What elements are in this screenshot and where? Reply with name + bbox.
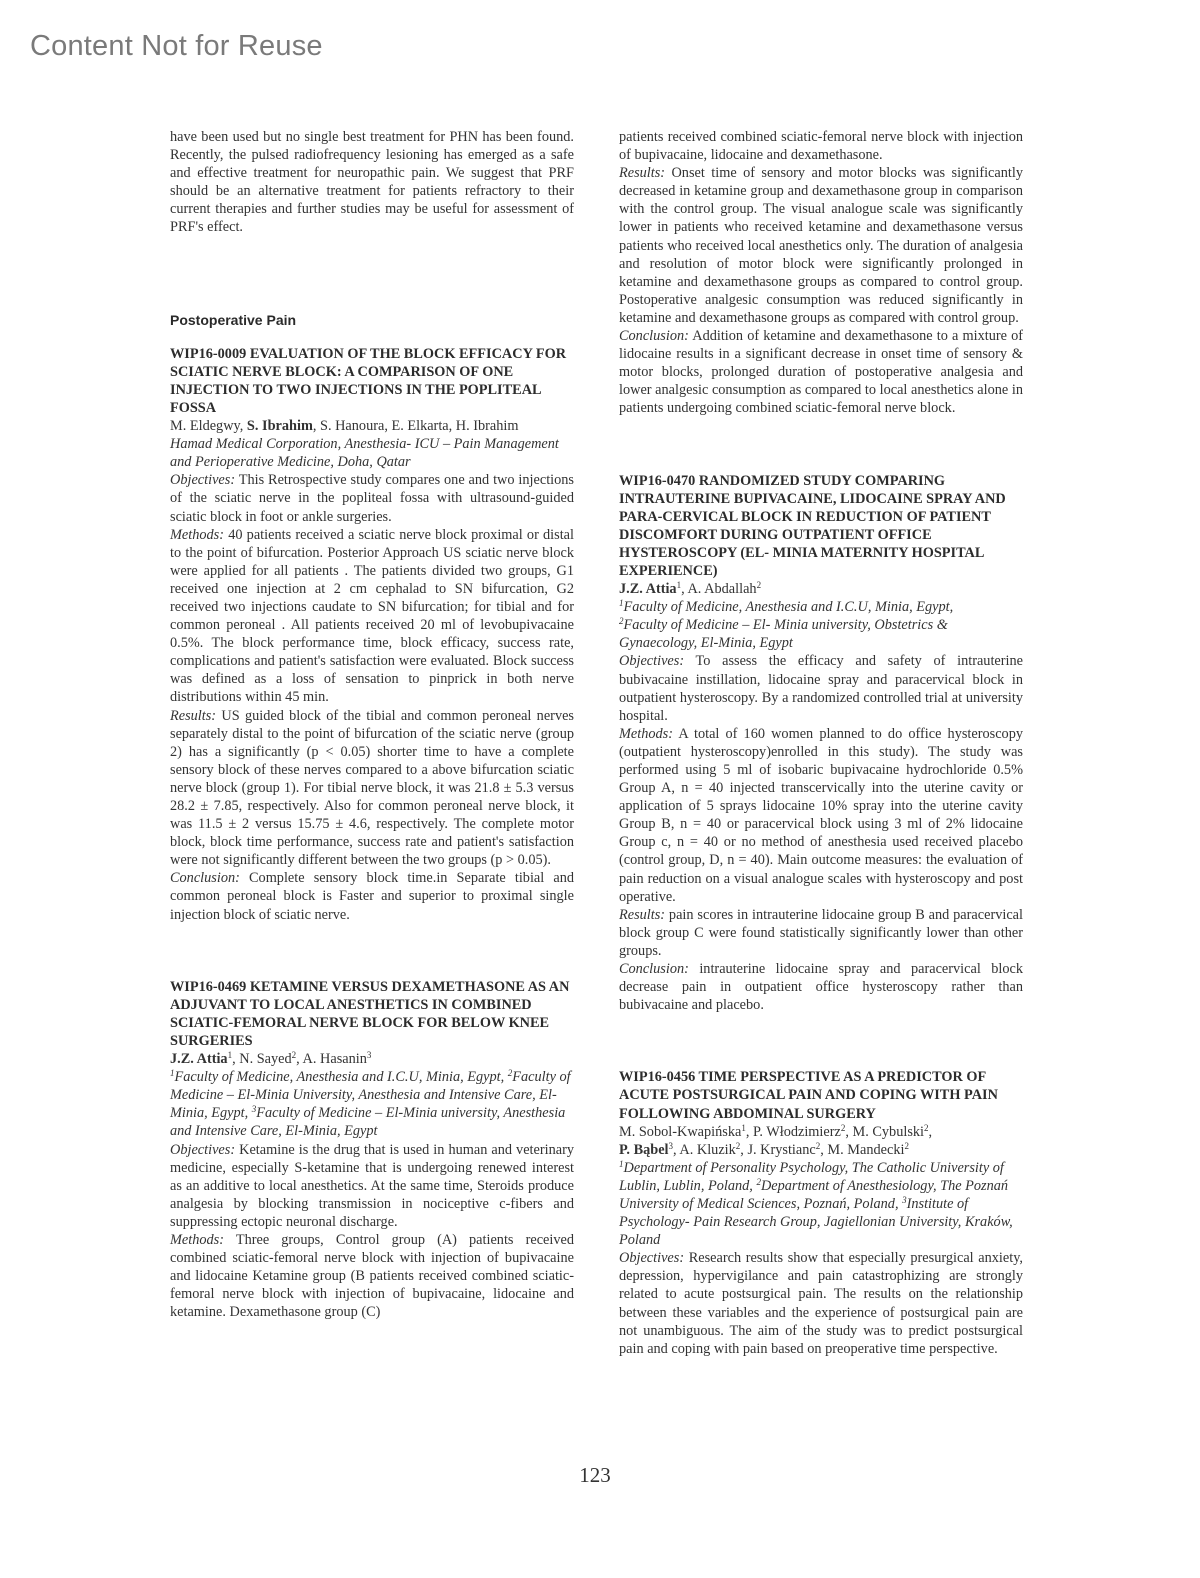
right-column: patients received combined sciatic-femor…: [619, 128, 1023, 1358]
abstract-objectives: Objectives: Ketamine is the drug that is…: [170, 1141, 574, 1231]
presenting-author: S. Ibrahim: [247, 418, 313, 434]
abstract-objectives: Objectives: To assess the efficacy and s…: [619, 652, 1023, 724]
abstract-authors: M. Sobol-Kwapińska1, P. Włodzimierz2, M.…: [619, 1123, 1023, 1159]
abstract-conclusion: Conclusion: Addition of ketamine and dex…: [619, 327, 1023, 417]
abstract-title: WIP16-0470 RANDOMIZED STUDY COMPARING IN…: [619, 472, 1023, 581]
abstract-affiliation: 1Department of Personality Psychology, T…: [619, 1159, 1023, 1249]
abstract-conclusion: Conclusion: Complete sensory block time.…: [170, 869, 574, 923]
abstract-affiliation: Hamad Medical Corporation, Anesthesia- I…: [170, 435, 574, 471]
abstract-affiliation: 1Faculty of Medicine, Anesthesia and I.C…: [619, 598, 1023, 652]
abstract-methods: Methods: Three groups, Control group (A)…: [170, 1231, 574, 1321]
abstract-results: Results: US guided block of the tibial a…: [170, 707, 574, 870]
section-heading: Postoperative Pain: [170, 311, 574, 329]
abstract-title: WIP16-0456 TIME PERSPECTIVE AS A PREDICT…: [619, 1068, 1023, 1122]
abstract-title: WIP16-0469 KETAMINE VERSUS DEXAMETHASONE…: [170, 978, 574, 1050]
abstract-wip16-0469: WIP16-0469 KETAMINE VERSUS DEXAMETHASONE…: [170, 978, 574, 1322]
abstract-objectives: Objectives: Research results show that e…: [619, 1249, 1023, 1358]
continuation-paragraph: have been used but no single best treatm…: [170, 128, 574, 237]
left-column: have been used but no single best treatm…: [170, 128, 574, 1321]
abstract-results: Results: pain scores in intrauterine lid…: [619, 906, 1023, 960]
abstract-objectives: Objectives: This Retrospective study com…: [170, 471, 574, 525]
abstract-title: WIP16-0009 EVALUATION OF THE BLOCK EFFIC…: [170, 345, 574, 417]
abstract-results: Results: Onset time of sensory and motor…: [619, 164, 1023, 327]
abstract-authors: J.Z. Attia1, N. Sayed2, A. Hasanin3: [170, 1050, 574, 1068]
abstract-authors: J.Z. Attia1, A. Abdallah2: [619, 580, 1023, 598]
abstract-methods-continued: patients received combined sciatic-femor…: [619, 128, 1023, 164]
abstract-authors: M. Eldegwy, S. Ibrahim, S. Hanoura, E. E…: [170, 417, 574, 435]
abstract-methods: Methods: A total of 160 women planned to…: [619, 725, 1023, 906]
abstract-methods: Methods: 40 patients received a sciatic …: [170, 526, 574, 707]
abstract-affiliation: 1Faculty of Medicine, Anesthesia and I.C…: [170, 1068, 574, 1140]
abstract-wip16-0470: WIP16-0470 RANDOMIZED STUDY COMPARING IN…: [619, 472, 1023, 1015]
watermark: Content Not for Reuse: [30, 30, 323, 63]
page-number: 123: [0, 1463, 1190, 1488]
abstract-wip16-0456: WIP16-0456 TIME PERSPECTIVE AS A PREDICT…: [619, 1068, 1023, 1358]
abstract-wip16-0009: WIP16-0009 EVALUATION OF THE BLOCK EFFIC…: [170, 345, 574, 924]
abstract-wip16-0469-continued: patients received combined sciatic-femor…: [619, 128, 1023, 418]
abstract-conclusion: Conclusion: intrauterine lidocaine spray…: [619, 960, 1023, 1014]
